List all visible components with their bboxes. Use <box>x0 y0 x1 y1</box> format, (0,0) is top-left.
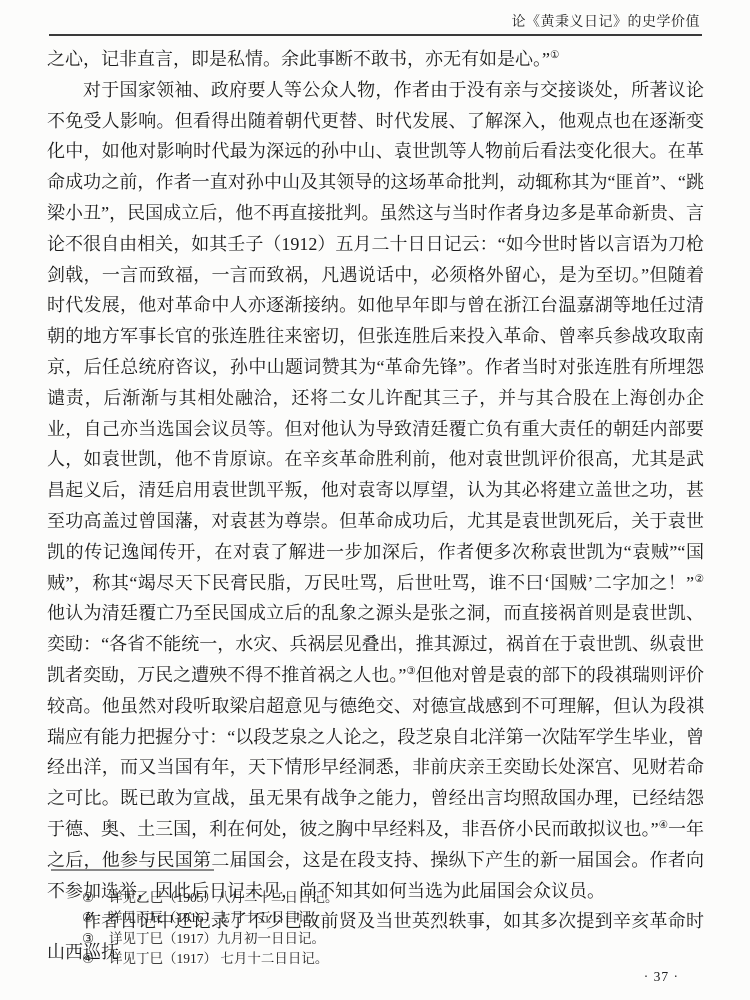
footnote-text: 详见丁巳（1917） 七月十二日日记。 <box>109 949 690 969</box>
footnote-item: ② 详见丙辰（1916）七月十五日日记。 <box>82 908 690 928</box>
footnote-item: ① 详见乙巳（1905）八月二十二日日记。 <box>82 888 690 908</box>
paragraph-main: 对于国家领袖、政府要人等公众人物，作者由于没有亲与交接谈处，所著议论不免受人影响… <box>47 75 704 907</box>
footnote-separator-rule <box>51 869 214 871</box>
footnote-text: 详见丁巳（1917）九月初一日日记。 <box>109 929 690 949</box>
footnote-marker: ③ <box>82 929 109 949</box>
page-number: · 37 · <box>644 969 679 985</box>
header-rule <box>49 34 702 36</box>
running-head-title: 论《黄秉义日记》的史学价值 <box>512 11 701 31</box>
footnote-text: 详见丙辰（1916）七月十五日日记。 <box>109 908 690 928</box>
page-body: 之心，记非直言，即是私情。余此事断不敢书，亦无有如是心。”① 对于国家领袖、政府… <box>47 44 704 968</box>
paragraph-continuation: 之心，记非直言，即是私情。余此事断不敢书，亦无有如是心。”① <box>47 44 704 75</box>
footnote-item: ③ 详见丁巳（1917）九月初一日日记。 <box>82 929 690 949</box>
footnote-marker: ② <box>82 908 109 928</box>
document-page: 论《黄秉义日记》的史学价值 之心，记非直言，即是私情。余此事断不敢书，亦无有如是… <box>0 0 750 1000</box>
footnote-marker: ④ <box>82 949 109 969</box>
footnote-item: ④ 详见丁巳（1917） 七月十二日日记。 <box>82 949 690 969</box>
footnote-marker: ① <box>82 888 109 908</box>
footnote-text: 详见乙巳（1905）八月二十二日日记。 <box>109 888 690 908</box>
footnote-list: ① 详见乙巳（1905）八月二十二日日记。 ② 详见丙辰（1916）七月十五日日… <box>82 888 690 970</box>
